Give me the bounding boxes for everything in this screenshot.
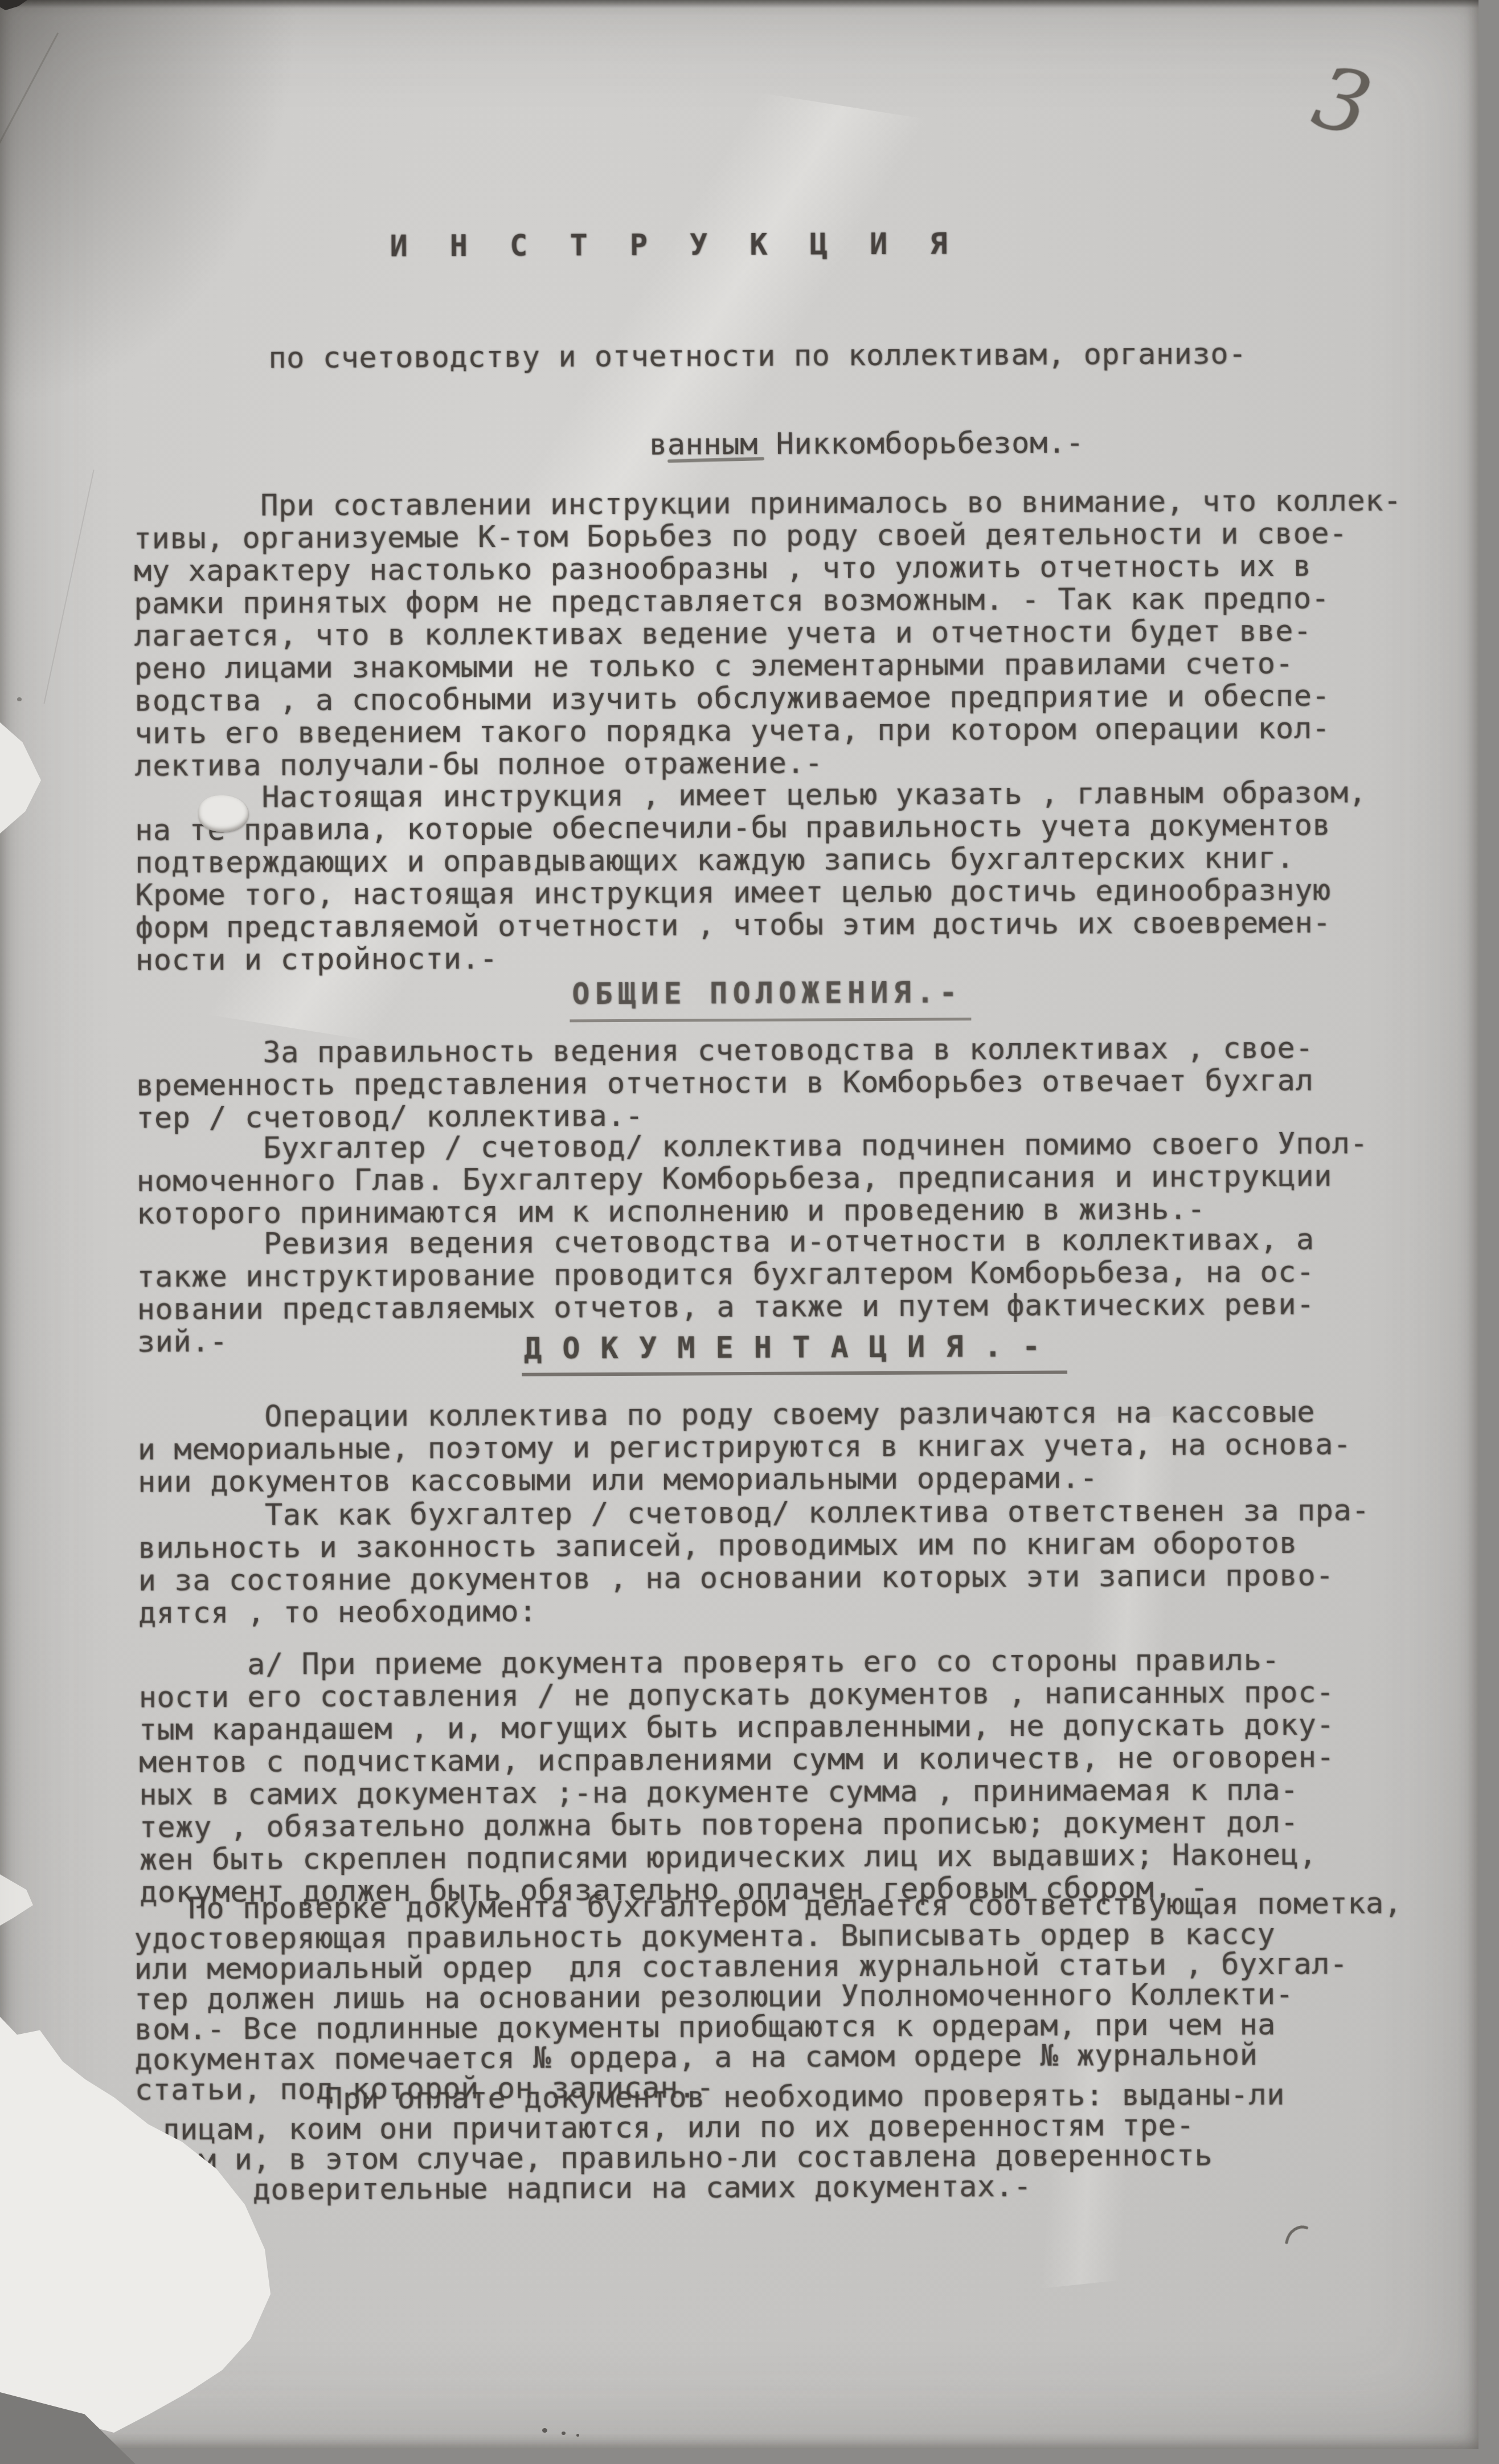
paper-hole bbox=[198, 795, 248, 832]
documentation-paragraph-5: При оплате документов необходимо проверя… bbox=[89, 2079, 1440, 2206]
general-provisions-paragraph-1: За правильность ведения счетоводства в к… bbox=[136, 1031, 1486, 1134]
ink-speck bbox=[542, 2428, 547, 2433]
scanned-document-page: 3 ИНСТРУКЦИЯ по счетоводству и отчетност… bbox=[0, 0, 1499, 2464]
ink-speck bbox=[17, 697, 22, 701]
document-title: ИНСТРУКЦИЯ bbox=[390, 227, 1187, 263]
ink-speck bbox=[562, 2432, 566, 2435]
section-heading-general-provisions: ОБЩИЕ ПОЛОЖЕНИЯ.- bbox=[570, 976, 972, 1022]
intro-paragraph-1: При составлении инструкции принималось в… bbox=[133, 484, 1484, 782]
document-subtitle: по счетоводству и отчетности по коллекти… bbox=[268, 308, 1499, 491]
documentation-item-a-paragraph: а/ При приеме документа проверять его со… bbox=[138, 1643, 1489, 1909]
documentation-paragraph-1: Операции коллектива по роду своему разли… bbox=[137, 1395, 1488, 1498]
documentation-paragraph-4: По проверке документа бухгалтером делает… bbox=[134, 1888, 1485, 2105]
general-provisions-paragraph-2: Бухгалтер / счетовод/ коллектива подчине… bbox=[136, 1127, 1486, 1230]
documentation-paragraph-2: Так как бухгалтер / счетовод/ коллектива… bbox=[138, 1494, 1488, 1629]
ink-speck bbox=[576, 2434, 579, 2437]
section-heading-documentation: ДОКУМЕНТАЦИЯ.- bbox=[522, 1331, 1068, 1376]
handwritten-page-number: 3 bbox=[1304, 47, 1381, 157]
intro-paragraph-2: Настоящая инструкция , имеет целью указа… bbox=[135, 776, 1485, 976]
typewritten-text-layer: 3 ИНСТРУКЦИЯ по счетоводству и отчетност… bbox=[0, 0, 1499, 2464]
